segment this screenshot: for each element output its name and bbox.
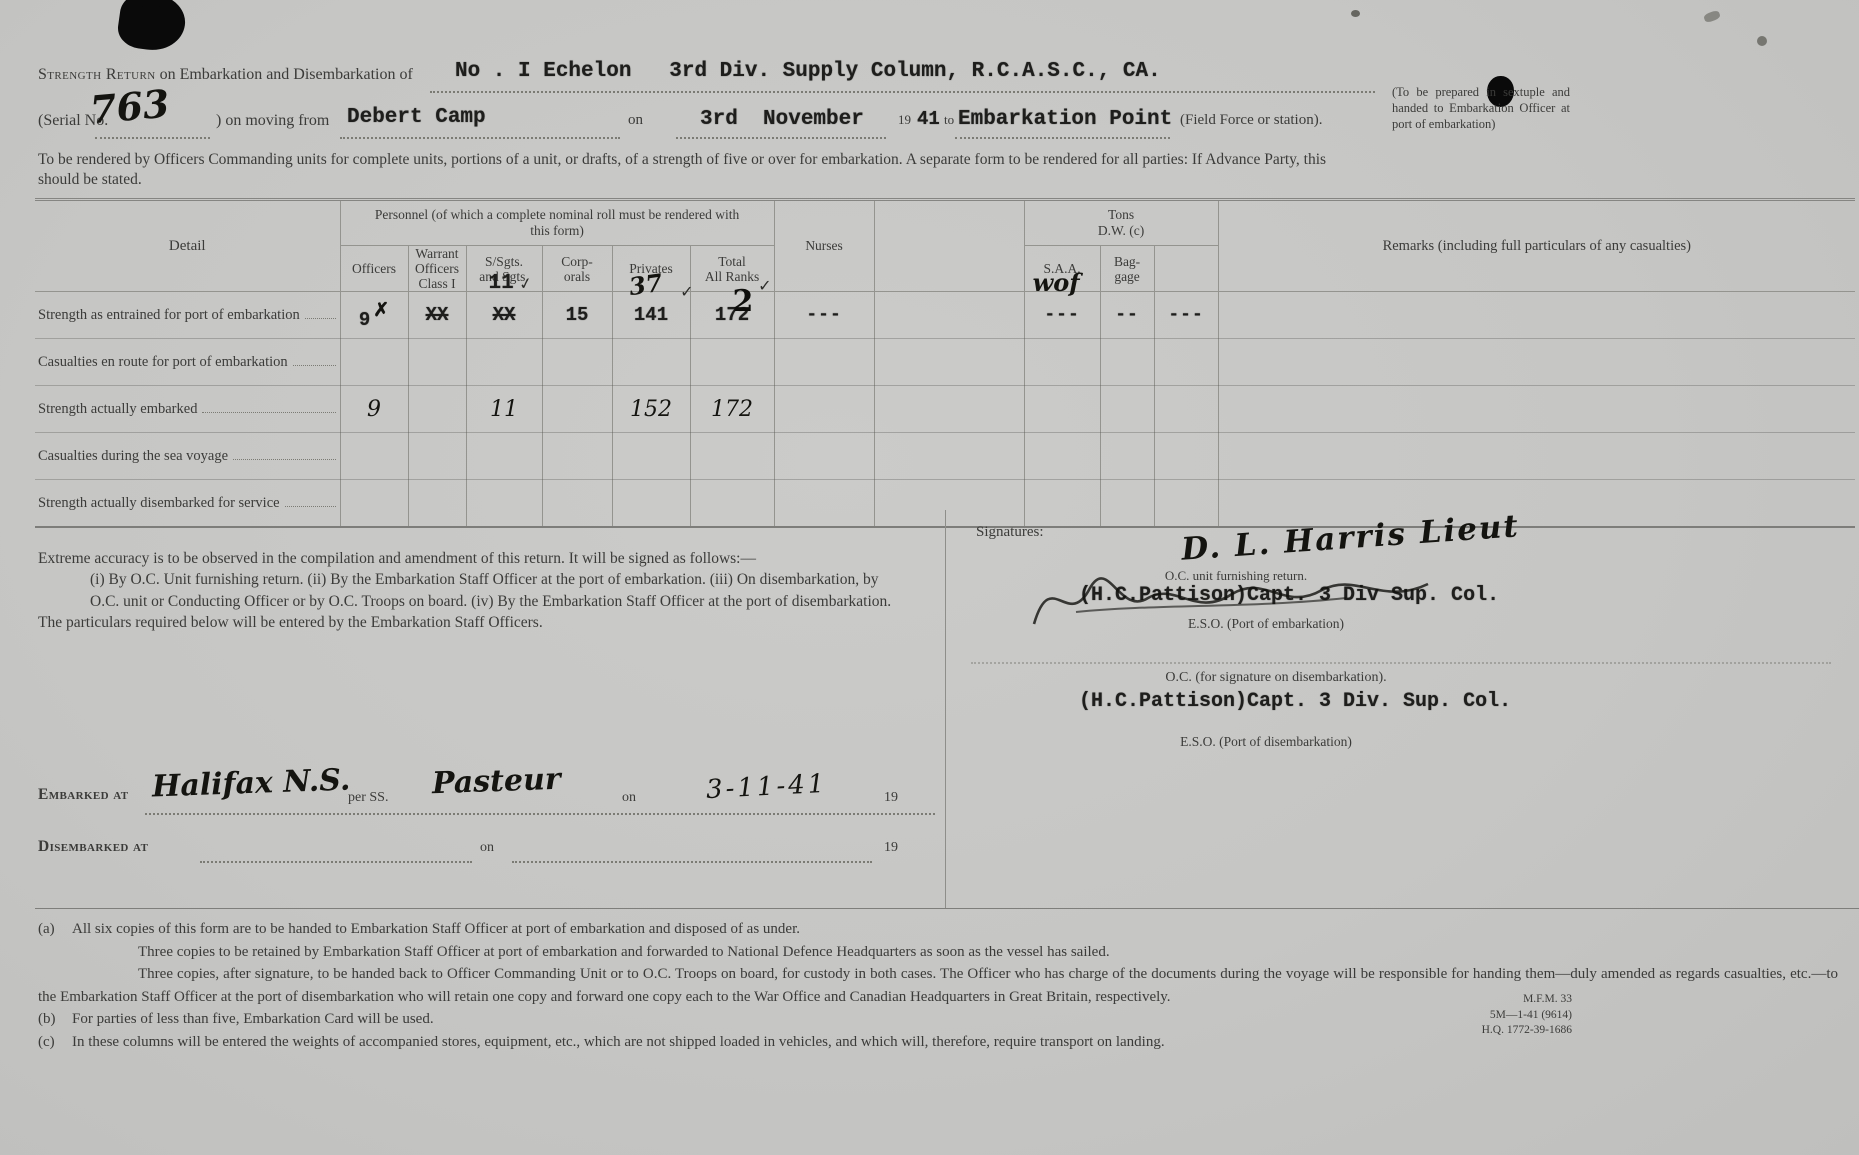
col-warrant-officers: Warrant Officers Class I [408, 246, 466, 292]
col-baggage: Bag- gage [1100, 246, 1154, 292]
embarked-ssgts: 11 [490, 397, 518, 422]
accuracy-line: (i) By O.C. Unit furnishing return. (ii)… [38, 569, 948, 590]
form-title: Strength Return on Embarkation and Disem… [38, 66, 413, 84]
empty-cell [1100, 339, 1154, 386]
moving-from-label: ) on moving from [216, 112, 329, 130]
empty-cell [340, 339, 408, 386]
empty-cell [466, 433, 542, 480]
entrained-baggage-dashes: -- [1115, 305, 1139, 325]
divider [35, 908, 1859, 909]
entrained-nurses-dashes: --- [806, 305, 841, 325]
embarked-total: 172 [711, 397, 753, 422]
accuracy-paragraph: Extreme accuracy is to be observed in th… [38, 548, 948, 634]
form-title-smallcaps: Strength Return [38, 66, 156, 83]
note-text: For parties of less than five, Embarkati… [72, 1008, 434, 1031]
note-a: (a) All six copies of this form are to b… [38, 918, 1838, 941]
scan-ink-blob [115, 0, 188, 54]
empty-cell [408, 433, 466, 480]
strength-table: Detail Personnel (of which a complete no… [35, 198, 1855, 528]
saa-handwritten: wof [1033, 268, 1080, 297]
empty-cell [408, 480, 466, 528]
dotted-leader [202, 400, 335, 413]
row-label: Strength as entrained for port of embark… [38, 307, 300, 324]
dotted-leader [293, 353, 336, 366]
entrained-ssgts-corrected: 11 [489, 272, 514, 295]
empty-cell [690, 339, 774, 386]
year-printed: 19 [884, 790, 898, 806]
eso-caption: E.S.O. (Port of embarkation) [1116, 616, 1416, 632]
embarked-officers: 9 [367, 397, 381, 422]
fill-line [340, 136, 620, 139]
to-label: to [944, 112, 954, 128]
fill-line [95, 136, 210, 139]
nurses-header: Nurses [774, 200, 874, 292]
empty-cell [408, 339, 466, 386]
fill-line [971, 662, 1831, 664]
entrained-blank-dashes: --- [1168, 305, 1203, 325]
table-row: Strength actually embarked 9 11 152 172 [35, 386, 1855, 433]
tons-header: Tons D.W. (c) [1024, 200, 1218, 246]
table-row: Casualties during the sea voyage [35, 433, 1855, 480]
date-typed: 3rd November [700, 108, 864, 131]
row-label: Casualties during the sea voyage [38, 448, 228, 465]
intro-paragraph: To be rendered by Officers Commanding un… [38, 150, 1360, 191]
entrained-officers: 9 [359, 309, 370, 331]
col-officers: Officers [340, 246, 408, 292]
empty-cell [340, 433, 408, 480]
accuracy-line: The particulars required below will be e… [38, 612, 948, 633]
entrained-saa-dashes: --- [1044, 305, 1079, 325]
empty-cell [774, 386, 874, 433]
note-a-sub1: Three copies to be retained by Embarkati… [38, 941, 1838, 964]
scan-smudge [1757, 36, 1767, 46]
note-text: All six copies of this form are to be ha… [72, 918, 800, 941]
empty-cell [1024, 339, 1100, 386]
fill-line [145, 812, 935, 815]
note-label: (b) [38, 1008, 72, 1031]
empty-cell [1154, 339, 1218, 386]
eso-disembarkation-caption: E.S.O. (Port of disembarkation) [1106, 734, 1426, 750]
embarked-privates: 152 [630, 397, 672, 422]
table-row: Casualties en route for port of embarkat… [35, 339, 1855, 386]
destination-typed: Embarkation Point [958, 108, 1172, 131]
entrained-privates-corrected: 37 [627, 268, 664, 301]
col-corporals: Corp- orals [542, 246, 612, 292]
empty-cell [690, 433, 774, 480]
per-ss-label: per SS. [348, 790, 388, 806]
detail-header: Detail [35, 200, 340, 292]
year-printed: 19 [884, 840, 898, 856]
accuracy-line: Extreme accuracy is to be observed in th… [38, 548, 948, 569]
remarks-cell [1218, 339, 1855, 386]
dotted-leader [305, 306, 336, 319]
fill-line [430, 90, 1375, 93]
empty-cell [1024, 433, 1100, 480]
remarks-cell [1218, 433, 1855, 480]
remarks-cell [1218, 292, 1855, 339]
dotted-leader [285, 494, 336, 507]
empty-cell [612, 433, 690, 480]
on-label: on [622, 790, 636, 806]
empty-cell [408, 386, 466, 433]
empty-cell [1154, 433, 1218, 480]
spacer-column [874, 200, 1024, 292]
empty-cell [774, 433, 874, 480]
on-label: on [480, 840, 494, 856]
empty-cell [690, 480, 774, 528]
remarks-header: Remarks (including full particulars of a… [1218, 200, 1855, 292]
scanned-form-page: Strength Return on Embarkation and Disem… [0, 0, 1859, 1155]
empty-cell [874, 339, 1024, 386]
year-typed: 41 [917, 108, 940, 130]
empty-cell [542, 480, 612, 528]
empty-cell [874, 386, 1024, 433]
scan-smudge [1703, 10, 1721, 24]
remarks-cell [1218, 386, 1855, 433]
disembarked-at-label: Disembarked at [38, 838, 148, 856]
serial-handwritten: 763 [88, 81, 171, 133]
entrained-warrant-officers: XX [426, 304, 449, 326]
entrained-total-overwrite: 2 [733, 284, 754, 319]
empty-cell [542, 339, 612, 386]
fill-line [200, 860, 472, 863]
empty-cell [874, 292, 1024, 339]
moving-from-typed: Debert Camp [347, 106, 486, 129]
personnel-header: Personnel (of which a complete nominal r… [340, 200, 774, 246]
col-blank [1154, 246, 1218, 292]
note-label: (a) [38, 918, 72, 941]
empty-cell [1100, 433, 1154, 480]
fill-line [676, 136, 886, 139]
on-label: on [628, 112, 643, 129]
eso-disembarkation-typed: (H.C.Pattison)Capt. 3 Div. Sup. Col. [1079, 690, 1511, 713]
sextuple-note: (To be prepared in sextuple and handed t… [1392, 84, 1570, 132]
form-title-rest: on Embarkation and Disembarkation of [160, 66, 413, 83]
destination-note: (Field Force or station). [1180, 112, 1322, 129]
empty-cell [1024, 386, 1100, 433]
embark-date-handwritten: 3-11-41 [705, 769, 828, 805]
note-label: (c) [38, 1031, 72, 1054]
check-icon: ✓ [517, 273, 534, 294]
empty-cell [466, 339, 542, 386]
year-printed: 19 [898, 112, 911, 128]
row-label: Strength actually disembarked for servic… [38, 495, 280, 512]
entrained-ssgts-struck: XX [493, 304, 516, 326]
accuracy-line: O.C. unit or Conducting Officer or by O.… [38, 591, 948, 612]
empty-cell [774, 339, 874, 386]
empty-cell [874, 433, 1024, 480]
empty-cell [340, 480, 408, 528]
signatures-panel: Signatures: D. L. Harris Lieut O.C. unit… [945, 510, 1859, 908]
check-icon: ✓ [758, 276, 771, 295]
signatures-label: Signatures: [976, 524, 1044, 541]
empty-cell [612, 339, 690, 386]
empty-cell [1154, 386, 1218, 433]
empty-cell [466, 480, 542, 528]
entrained-corporals: 15 [566, 304, 589, 326]
row-label: Casualties en route for port of embarkat… [38, 354, 288, 371]
table-row: Strength as entrained for port of embark… [35, 292, 1855, 339]
empty-cell [1100, 386, 1154, 433]
empty-cell [542, 433, 612, 480]
fill-line [955, 136, 1170, 139]
empty-cell [774, 480, 874, 528]
embarked-place-handwritten: Halifax N.S. [151, 763, 350, 805]
row-label: Strength actually embarked [38, 401, 197, 418]
ship-name-handwritten: Pasteur [431, 762, 561, 801]
entrained-privates: 141 [634, 304, 668, 326]
dotted-leader [233, 447, 335, 460]
empty-cell [612, 480, 690, 528]
oc-disembarkation-caption: O.C. (for signature on disembarkation). [1066, 670, 1486, 686]
empty-cell [542, 386, 612, 433]
embarked-at-label: Embarked at [38, 786, 129, 804]
form-reference-numbers: M.F.M. 33 5M—1-41 (9614) H.Q. 1772-39-16… [1442, 992, 1572, 1039]
x-mark: ✗ [373, 299, 389, 321]
unit-typed-entry: No . I Echelon 3rd Div. Supply Column, R… [455, 60, 1161, 83]
note-text: In these columns will be entered the wei… [72, 1031, 1165, 1054]
fill-line [512, 860, 872, 863]
scan-smudge [1351, 10, 1360, 17]
